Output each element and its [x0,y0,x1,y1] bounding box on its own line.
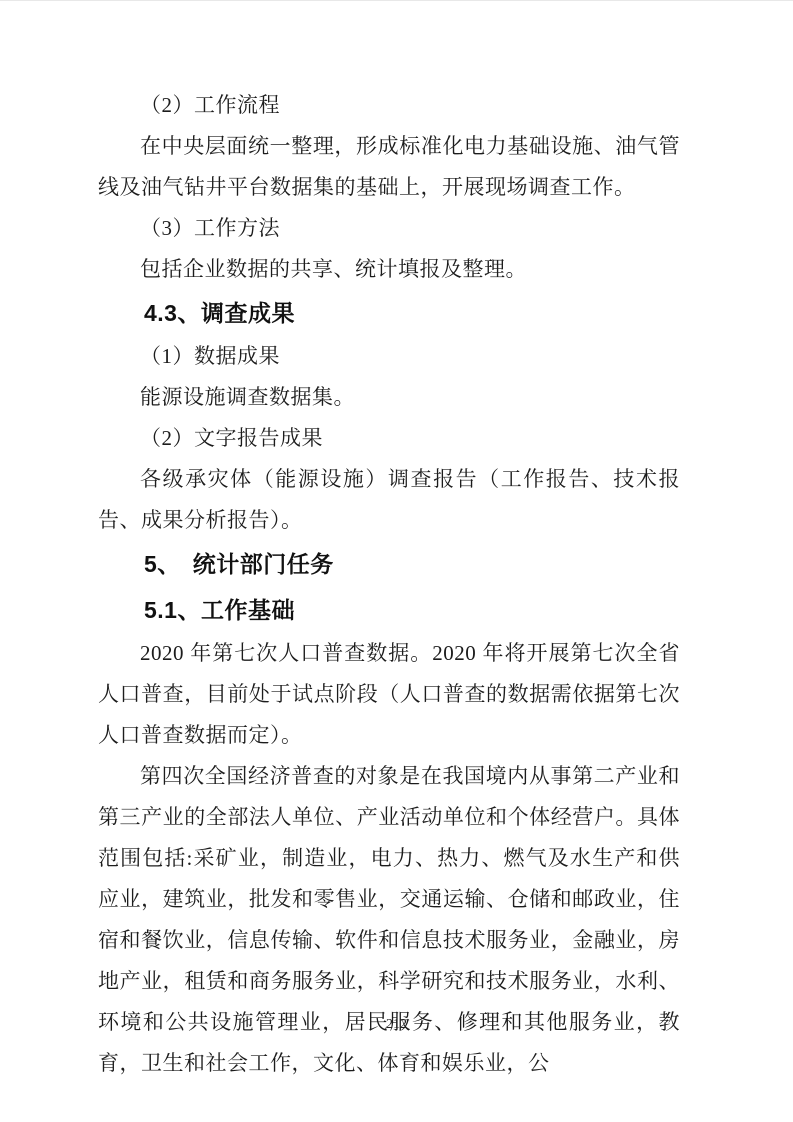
paragraph: 包括企业数据的共享、统计填报及整理。 [98,249,680,290]
list-item-heading: （3）工作方法 [98,208,680,249]
paragraph: 在中央层面统一整理，形成标准化电力基础设施、油气管线及油气钻井平台数据集的基础上… [98,126,680,208]
page-number: 212 [0,1017,793,1033]
paragraph: 第四次全国经济普查的对象是在我国境内从事第二产业和第三产业的全部法人单位、产业活… [98,756,680,1084]
list-item-heading: （2）工作流程 [98,85,680,126]
paragraph: 2020 年第七次人口普查数据。2020 年将开展第七次全省人口普查，目前处于试… [98,633,680,756]
paragraph: 各级承灾体（能源设施）调查报告（工作报告、技术报告、成果分析报告）。 [98,459,680,541]
list-item-heading: （1）数据成果 [98,336,680,377]
paragraph: 能源设施调查数据集。 [98,377,680,418]
section-heading: 5、 统计部门任务 [98,541,680,587]
section-heading: 4.3、调查成果 [98,290,680,336]
list-item-heading: （2）文字报告成果 [98,418,680,459]
section-heading: 5.1、工作基础 [98,587,680,633]
document-page: （2）工作流程在中央层面统一整理，形成标准化电力基础设施、油气管线及油气钻井平台… [0,0,793,1122]
document-content: （2）工作流程在中央层面统一整理，形成标准化电力基础设施、油气管线及油气钻井平台… [98,85,680,1084]
